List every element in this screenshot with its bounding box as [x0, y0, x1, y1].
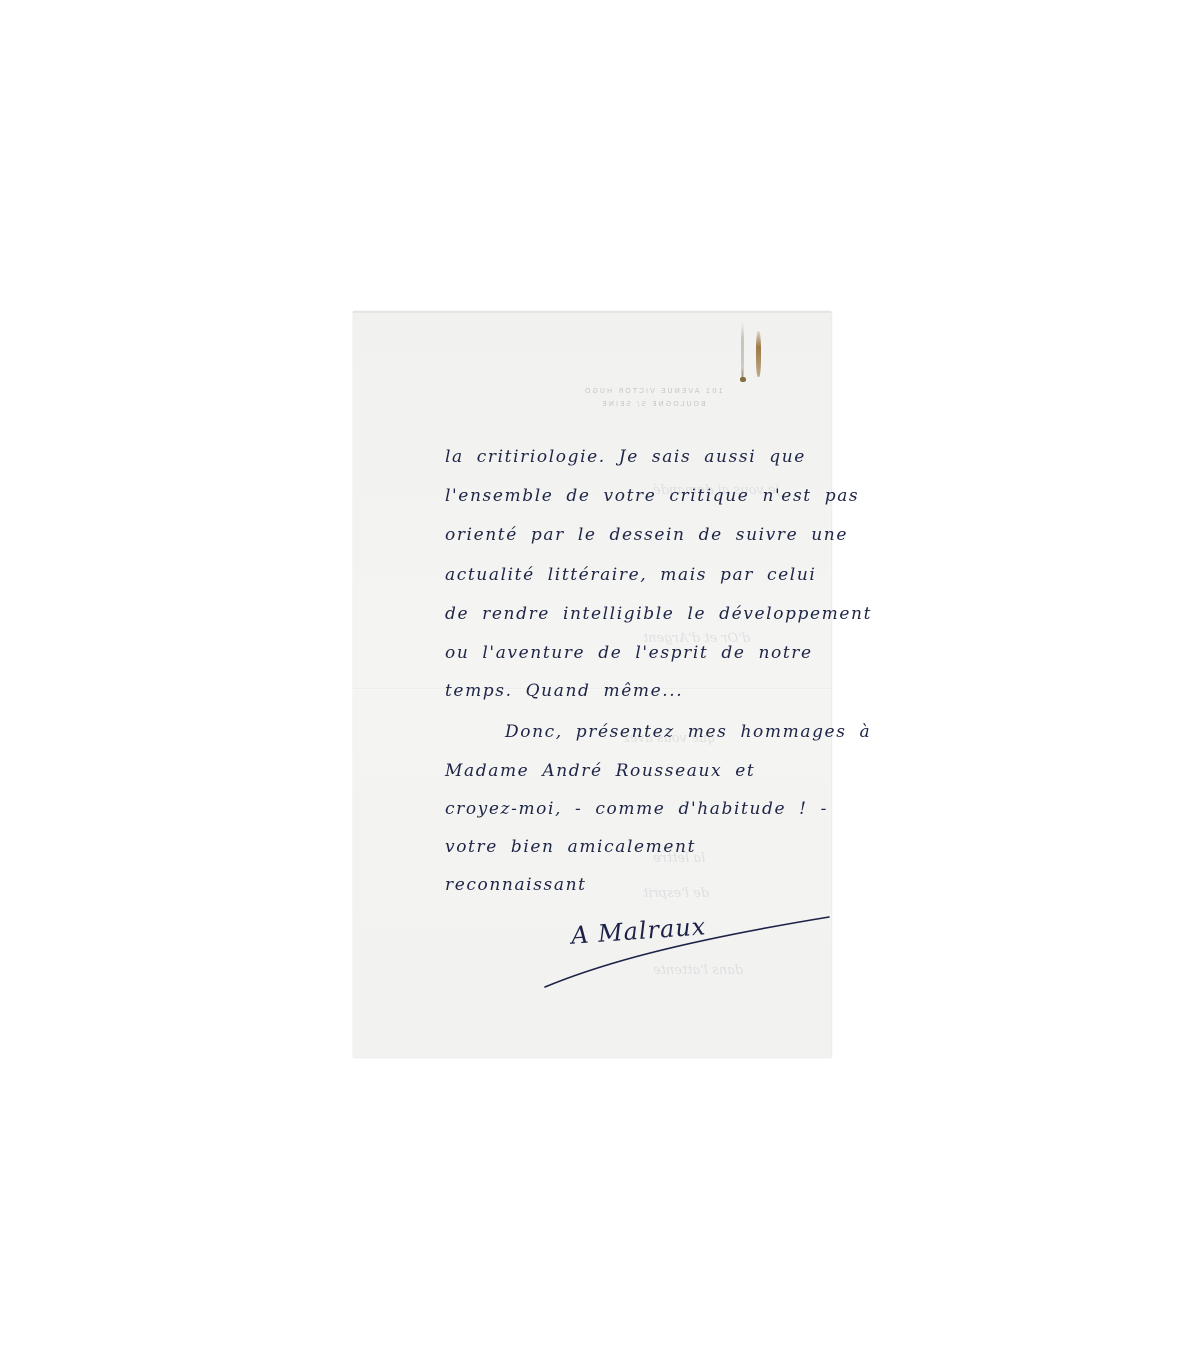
- signature-underline-stroke: [543, 901, 833, 1001]
- rust-spot: [740, 377, 746, 382]
- mirrored-letterhead: 101 AVENUE VICTOR HUGO BOULOGNE S/ SEINE: [543, 385, 763, 411]
- letterhead-address-line: 101 AVENUE VICTOR HUGO: [543, 385, 763, 398]
- handwritten-line: votre bien amicalement: [445, 839, 696, 856]
- handwritten-line: l'ensemble de votre critique n'est pas: [445, 488, 859, 505]
- handwritten-line: ou l'aventure de l'esprit de notre: [445, 645, 813, 662]
- handwritten-line: reconnaissant: [445, 877, 587, 894]
- handwritten-line: orienté par le dessein de suivre une: [445, 527, 848, 544]
- handwritten-line: Madame André Rousseaux et: [445, 763, 755, 780]
- tape-mark: [741, 321, 744, 379]
- letterhead-city-line: BOULOGNE S/ SEINE: [543, 398, 763, 411]
- rust-stain: [756, 331, 761, 377]
- handwritten-line: de rendre intelligible le développement: [445, 606, 872, 623]
- handwritten-line: Donc, présentez mes hommages à: [505, 724, 871, 741]
- handwritten-line: actualité littéraire, mais par celui: [445, 567, 816, 584]
- handwritten-letter: 101 AVENUE VICTOR HUGO BOULOGNE S/ SEINE…: [353, 311, 831, 1057]
- handwritten-line: croyez-moi, - comme d'habitude ! -: [445, 801, 828, 818]
- show-through-text: de l'esprit: [643, 886, 709, 901]
- handwritten-line: la critiriologie. Je sais aussi que: [445, 449, 806, 466]
- handwritten-line: temps. Quand même...: [445, 683, 683, 700]
